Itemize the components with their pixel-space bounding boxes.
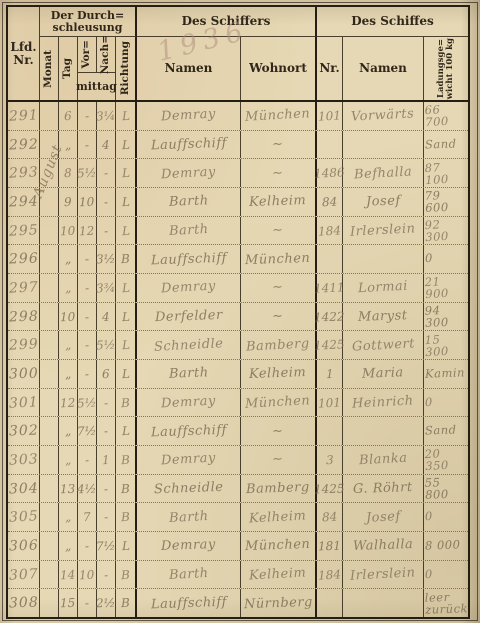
cell-ladungsgewicht: 79 600 [424,188,468,216]
cell-nachmittag: - [97,503,116,531]
cell-nachmittag: 2½ [97,589,116,617]
cell-vormittag: - [78,274,97,302]
cell-vormittag: 7½ [78,417,97,445]
cell-tag: 8 [59,159,78,187]
cell-ladungsgewicht: 87 100 [424,159,468,187]
cell-schiffer-name: Demray [137,446,241,474]
cell-monat [40,360,59,388]
cell-schiffer-name: Lauffschiff [137,589,241,617]
cell-ladungsgewicht: 8 000 [424,532,468,560]
cell-schiff-name [343,245,424,273]
table-row: 305 „ 7 - B Barth Kelheim 84 Josef 0 [8,503,468,532]
cell-schiff-nr: 1425 [317,331,343,359]
table-row: 297 „ - 3¾ L Demray ~ 1411 Lormai 21 900 [8,274,468,303]
cell-tag: „ [59,360,78,388]
cell-lfd-nr: 291 [8,102,40,130]
cell-ladungsgewicht: 0 [424,245,468,273]
cell-schiff-nr: 1411 [317,274,343,302]
cell-wohnort: München [241,389,317,417]
cell-nachmittag: 7½ [97,532,116,560]
cell-tag: „ [59,274,78,302]
cell-vormittag: - [78,245,97,273]
cell-tag: 6 [59,102,78,130]
cell-schiffer-name: Demray [137,274,241,302]
cell-vormittag: 4½ [78,475,97,503]
cell-vormittag: - [78,360,97,388]
cell-schiff-nr [317,131,343,159]
cell-schiff-name: Blanka [343,446,424,474]
cell-richtung: L [116,331,137,359]
cell-vormittag: - [78,331,97,359]
cell-monat [40,331,59,359]
cell-tag: 14 [59,561,78,589]
cell-tag: 10 [59,303,78,331]
cell-wohnort: Kelheim [241,561,317,589]
cell-ladungsgewicht: 21 900 [424,274,468,302]
cell-schiff-name: Heinrich [343,389,424,417]
cell-schiffer-name: Lauffschiff [137,245,241,273]
cell-schiffer-name: Derfelder [137,303,241,331]
cell-schiff-nr: 184 [317,561,343,589]
cell-nachmittag: 4 [97,131,116,159]
cell-lfd-nr: 296 [8,245,40,273]
cell-nachmittag: - [97,188,116,216]
cell-wohnort: Kelheim [241,360,317,388]
cell-lfd-nr: 304 [8,475,40,503]
cell-ladungsgewicht: Kamin [424,360,468,388]
cell-nachmittag: 4 [97,303,116,331]
cell-ladungsgewicht: 20 350 [424,446,468,474]
cell-schiff-name: Josef [343,503,424,531]
cell-nachmittag: - [97,217,116,245]
table-row: 291 6 - 3¼ L Demray München 101 Vorwärts… [8,102,468,131]
cell-nachmittag: - [97,389,116,417]
cell-vormittag: 12 [78,217,97,245]
cell-schiffer-name: Demray [137,532,241,560]
table-row: 306 „ - 7½ L Demray München 181 Walhalla… [8,532,468,561]
cell-wohnort: Nürnberg [241,589,317,617]
cell-vormittag: - [78,131,97,159]
table-row: 293 8 5½ - L Demray ~ 1486 Befhalla 87 1… [8,159,468,188]
cell-schiff-name: Lormai [343,274,424,302]
header-ladung-line2: wicht 100 kg [446,38,455,99]
cell-lfd-nr: 295 [8,217,40,245]
table-row: 302 „ 7½ - L Lauffschiff ~ Sand [8,417,468,446]
table-row: 295 10 12 - L Barth ~ 184 Irlerslein 92 … [8,217,468,246]
cell-monat [40,446,59,474]
cell-richtung: B [116,446,137,474]
cell-monat [40,417,59,445]
cell-schiff-nr: 101 [317,102,343,130]
cell-nachmittag: - [97,475,116,503]
cell-vormittag: - [78,589,97,617]
cell-monat [40,102,59,130]
cell-schiff-name: Befhalla [343,159,424,187]
cell-lfd-nr: 298 [8,303,40,331]
cell-schiff-nr: 184 [317,217,343,245]
cell-wohnort: München [241,245,317,273]
cell-tag: „ [59,503,78,531]
cell-schiffer-name: Demray [137,159,241,187]
cell-richtung: L [116,188,137,216]
cell-schiffer-name: Barth [137,360,241,388]
cell-nachmittag: - [97,417,116,445]
header-lfd-line2: Nr. [13,53,33,67]
cell-wohnort: Kelheim [241,188,317,216]
cell-schiffer-name: Lauffschiff [137,417,241,445]
cell-wohnort: ~ [241,131,317,159]
cell-schiffer-name: Schneidle [137,475,241,503]
cell-monat [40,561,59,589]
cell-nachmittag: 6 [97,360,116,388]
header-nachmittag: Nach= [97,37,116,73]
cell-richtung: L [116,532,137,560]
cell-tag: „ [59,532,78,560]
cell-vormittag: - [78,532,97,560]
cell-ladungsgewicht: 0 [424,561,468,589]
table-row: 308 15 - 2½ B Lauffschiff Nürnberg leer … [8,589,468,617]
cell-wohnort: ~ [241,446,317,474]
cell-lfd-nr: 301 [8,389,40,417]
cell-schiff-nr [317,417,343,445]
header-monat: Monat [40,37,59,100]
cell-ladungsgewicht: leer zurück [424,589,468,617]
cell-lfd-nr: 299 [8,331,40,359]
cell-schiffer-name: Barth [137,217,241,245]
cell-schiffer-name: Demray [137,102,241,130]
cell-wohnort: ~ [241,417,317,445]
cell-schiff-nr: 181 [317,532,343,560]
cell-tag: 10 [59,217,78,245]
cell-schiffer-name: Schneidle [137,331,241,359]
cell-wohnort: ~ [241,217,317,245]
cell-richtung: L [116,274,137,302]
cell-lfd-nr: 306 [8,532,40,560]
cell-wohnort: München [241,102,317,130]
table-row: 299 „ - 5½ L Schneidle Bamberg 1425 Gott… [8,331,468,360]
header-wohnort: Wohnort [241,37,317,100]
table-row: 307 14 10 - B Barth Kelheim 184 Irlersle… [8,561,468,590]
cell-schiff-name: Vorwärts [343,102,424,130]
cell-nachmittag: 3¼ [97,102,116,130]
cell-schiff-name: Walhalla [343,532,424,560]
cell-schiffer-name: Barth [137,503,241,531]
table-row: 294 9 10 - L Barth Kelheim 84 Josef 79 6… [8,188,468,217]
cell-wohnort: ~ [241,303,317,331]
table-row: 303 „ - 1 B Demray ~ 3 Blanka 20 350 [8,446,468,475]
cell-tag: 12 [59,389,78,417]
cell-schiff-nr: 1425 [317,475,343,503]
header-mittag: mittag [78,73,116,100]
cell-schiff-nr [317,589,343,617]
cell-schiff-nr: 3 [317,446,343,474]
cell-schiff-name [343,417,424,445]
cell-wohnort: ~ [241,274,317,302]
cell-schiff-name: Josef [343,188,424,216]
ledger-page: Lfd. Nr. Der Durch= schleusung Monat Tag… [0,0,480,623]
cell-wohnort: ~ [241,159,317,187]
cell-lfd-nr: 300 [8,360,40,388]
cell-schiff-name: G. Röhrt [343,475,424,503]
cell-lfd-nr: 302 [8,417,40,445]
cell-schiff-nr: 1 [317,360,343,388]
cell-schiff-nr: 1422 [317,303,343,331]
cell-nachmittag: 3¾ [97,274,116,302]
cell-tag: „ [59,245,78,273]
cell-wohnort: Kelheim [241,503,317,531]
cell-ladungsgewicht: Sand [424,417,468,445]
cell-lfd-nr: 308 [8,589,40,617]
cell-schiffer-name: Barth [137,561,241,589]
cell-monat [40,217,59,245]
cell-schiff-nr [317,245,343,273]
header-schiff-namen: Namen [343,37,424,100]
cell-vormittag: 7 [78,503,97,531]
cell-schiff-name: Irlerslein [343,217,424,245]
cell-schiffer-name: Barth [137,188,241,216]
cell-richtung: L [116,360,137,388]
cell-schiffer-name: Demray [137,389,241,417]
cell-vormittag: 10 [78,561,97,589]
cell-richtung: B [116,561,137,589]
table-row: 292 „ - 4 L Lauffschiff ~ Sand [8,131,468,160]
cell-nachmittag: 5½ [97,331,116,359]
cell-schiffer-name: Lauffschiff [137,131,241,159]
cell-vormittag: 5½ [78,389,97,417]
cell-nachmittag: 1 [97,446,116,474]
cell-schiff-name [343,589,424,617]
cell-monat [40,245,59,273]
cell-schiff-nr: 1486 [317,159,343,187]
cell-schiff-name: Maria [343,360,424,388]
table-row: 298 10 - 4 L Derfelder ~ 1422 Maryst 94 … [8,303,468,332]
cell-vormittag: - [78,446,97,474]
cell-ladungsgewicht: 0 [424,503,468,531]
cell-vormittag: - [78,303,97,331]
cell-nachmittag: - [97,561,116,589]
cell-richtung: L [116,417,137,445]
cell-lfd-nr: 292 [8,131,40,159]
header-schiff-nr: Nr. [317,37,343,100]
cell-schiff-nr: 84 [317,503,343,531]
header-ladungsgewicht: Ladungsge=wicht 100 kg [424,37,468,100]
cell-wohnort: München [241,532,317,560]
table-row: 300 „ - 6 L Barth Kelheim 1 Maria Kamin [8,360,468,389]
cell-schiff-name: Irlerslein [343,561,424,589]
table-row: 304 13 4½ - B Schneidle Bamberg 1425 G. … [8,475,468,504]
cell-tag: „ [59,446,78,474]
cell-richtung: L [116,303,137,331]
cell-vormittag: - [78,102,97,130]
cell-ladungsgewicht: 94 300 [424,303,468,331]
table-body: 291 6 - 3¼ L Demray München 101 Vorwärts… [8,102,468,617]
cell-richtung: B [116,245,137,273]
header-des-schiffes: Des Schiffes [317,7,468,37]
cell-lfd-nr: 297 [8,274,40,302]
cell-richtung: B [116,503,137,531]
header-lfd-nr: Lfd. Nr. [8,7,40,100]
cell-monat [40,475,59,503]
cell-richtung: B [116,589,137,617]
cell-nachmittag: 3½ [97,245,116,273]
cell-vormittag: 10 [78,188,97,216]
cell-wohnort: Bamberg [241,331,317,359]
cell-schiff-nr: 84 [317,188,343,216]
cell-vormittag: 5½ [78,159,97,187]
cell-monat [40,532,59,560]
cell-ladungsgewicht: 55 800 [424,475,468,503]
table-row: 296 „ - 3½ B Lauffschiff München 0 [8,245,468,274]
header-durch-line2: schleusung [53,21,123,34]
cell-lfd-nr: 303 [8,446,40,474]
cell-ladungsgewicht: Sand [424,131,468,159]
cell-monat [40,503,59,531]
header-richtung: Richtung [116,37,137,100]
header-durchschleusung: Der Durch= schleusung [40,7,137,37]
cell-richtung: B [116,475,137,503]
cell-schiff-name: Maryst [343,303,424,331]
cell-ladungsgewicht: 0 [424,389,468,417]
cell-monat [40,274,59,302]
cell-monat [40,389,59,417]
cell-tag: 15 [59,589,78,617]
cell-monat [40,589,59,617]
cell-richtung: L [116,217,137,245]
cell-lfd-nr: 305 [8,503,40,531]
cell-richtung: L [116,159,137,187]
cell-schiff-name: Gottwert [343,331,424,359]
cell-richtung: B [116,389,137,417]
cell-lfd-nr: 307 [8,561,40,589]
cell-ladungsgewicht: 92 300 [424,217,468,245]
cell-tag: 9 [59,188,78,216]
cell-tag: „ [59,331,78,359]
cell-tag: 13 [59,475,78,503]
header-vormittag: Vor= [78,37,97,73]
cell-tag: „ [59,417,78,445]
cell-wohnort: Bamberg [241,475,317,503]
cell-schiff-name [343,131,424,159]
table-row: 301 12 5½ - B Demray München 101 Heinric… [8,389,468,418]
cell-ladungsgewicht: 66 700 [424,102,468,130]
cell-schiff-nr: 101 [317,389,343,417]
cell-nachmittag: - [97,159,116,187]
lock-passage-register-table: Lfd. Nr. Der Durch= schleusung Monat Tag… [6,5,470,619]
cell-monat [40,303,59,331]
cell-richtung: L [116,102,137,130]
cell-ladungsgewicht: 15 300 [424,331,468,359]
cell-richtung: L [116,131,137,159]
